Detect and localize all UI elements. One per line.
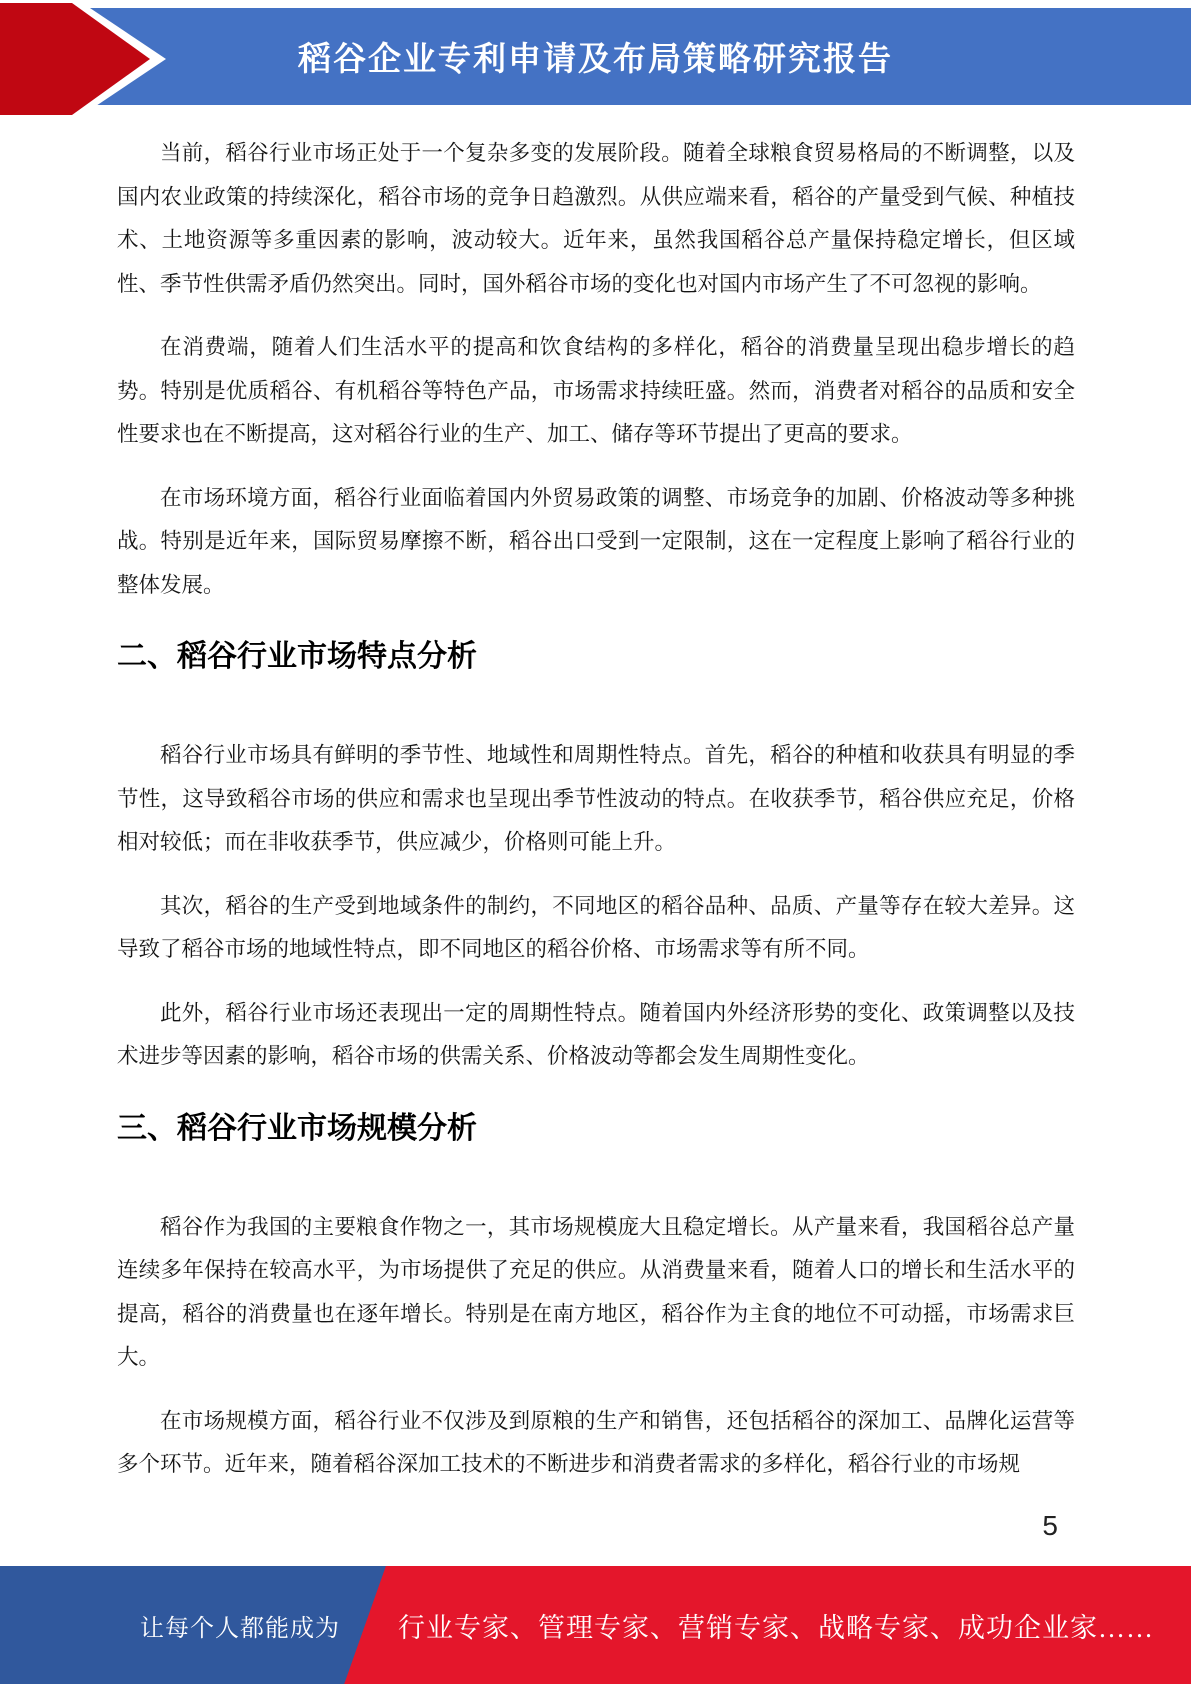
paragraph-4: 稻谷行业市场具有鲜明的季节性、地域性和周期性特点。首先，稻谷的种植和收获具有明显… bbox=[117, 734, 1075, 865]
paragraph-5: 其次，稻谷的生产受到地域条件的制约，不同地区的稻谷品种、品质、产量等存在较大差异… bbox=[117, 885, 1075, 972]
footer-slogan-left: 让每个人都能成为 bbox=[140, 1566, 340, 1684]
paragraph-3: 在市场环境方面，稻谷行业面临着国内外贸易政策的调整、市场竞争的加剧、价格波动等多… bbox=[117, 477, 1075, 608]
page-number: 5 bbox=[1042, 1510, 1058, 1542]
page-header: 稻谷企业专利申请及布局策略研究报告 bbox=[0, 0, 1191, 118]
section-heading-market-characteristics: 二、稻谷行业市场特点分析 bbox=[117, 637, 1075, 676]
report-title: 稻谷企业专利申请及布局策略研究报告 bbox=[0, 8, 1191, 105]
paragraph-6: 此外，稻谷行业市场还表现出一定的周期性特点。随着国内外经济形势的变化、政策调整以… bbox=[117, 992, 1075, 1079]
report-page: 稻谷企业专利申请及布局策略研究报告 当前，稻谷行业市场正处于一个复杂多变的发展阶… bbox=[0, 0, 1191, 1684]
footer-slogan-right: 行业专家、管理专家、营销专家、战略专家、成功企业家…… bbox=[398, 1566, 1154, 1684]
paragraph-2: 在消费端，随着人们生活水平的提高和饮食结构的多样化，稻谷的消费量呈现出稳步增长的… bbox=[117, 326, 1075, 457]
paragraph-1: 当前，稻谷行业市场正处于一个复杂多变的发展阶段。随着全球粮食贸易格局的不断调整，… bbox=[117, 132, 1075, 306]
section-heading-market-size: 三、稻谷行业市场规模分析 bbox=[117, 1109, 1075, 1148]
page-footer: 让每个人都能成为 行业专家、管理专家、营销专家、战略专家、成功企业家…… bbox=[0, 1566, 1191, 1684]
report-body: 当前，稻谷行业市场正处于一个复杂多变的发展阶段。随着全球粮食贸易格局的不断调整，… bbox=[117, 132, 1075, 1507]
paragraph-8: 在市场规模方面，稻谷行业不仅涉及到原粮的生产和销售，还包括稻谷的深加工、品牌化运… bbox=[117, 1400, 1075, 1487]
paragraph-7: 稻谷作为我国的主要粮食作物之一，其市场规模庞大且稳定增长。从产量来看，我国稻谷总… bbox=[117, 1206, 1075, 1380]
